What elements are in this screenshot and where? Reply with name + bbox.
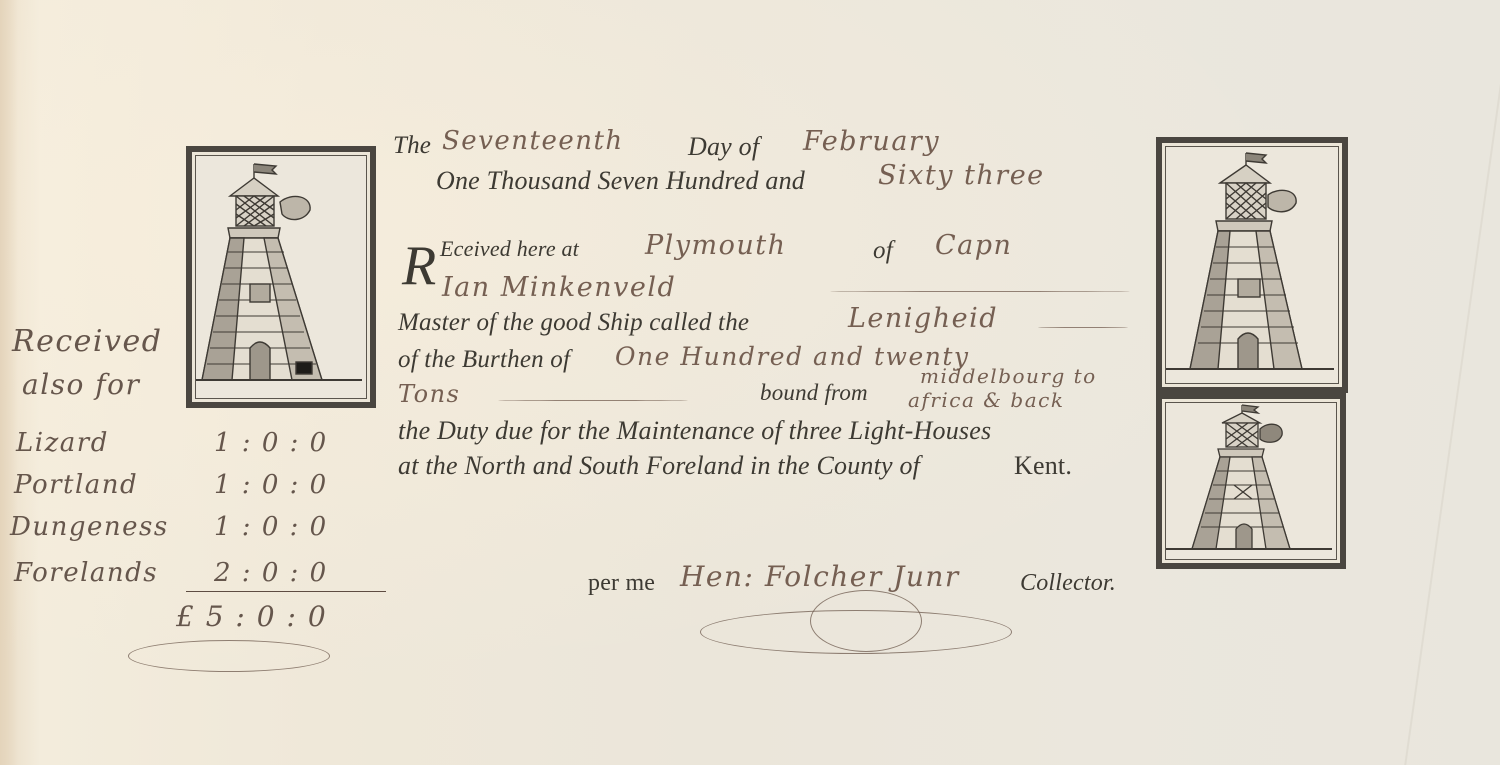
year-handwritten: Sixty three	[878, 160, 1045, 191]
ship-flourish	[1038, 327, 1128, 328]
sum-rule	[186, 591, 386, 592]
collector-role: Collector.	[1020, 570, 1116, 597]
burthen-amount-handwritten: One Hundred and twenty	[615, 342, 970, 371]
per-me-label: per me	[588, 570, 655, 597]
name-flourish	[830, 291, 1130, 292]
lighthouse-icon	[192, 152, 370, 402]
foreland-line: at the North and South Foreland in the C…	[398, 451, 920, 481]
lighthouse-woodcut-left	[186, 146, 376, 408]
margin-heading-2: also for	[22, 368, 140, 401]
signature-flourish-loop	[810, 590, 922, 652]
bound-from-label: bound from	[760, 380, 868, 406]
duty-line: the Duty due for the Maintenance of thre…	[398, 416, 991, 446]
master-printed: Master of the good Ship called the	[398, 309, 749, 337]
day-handwritten: Seventeenth	[442, 126, 624, 156]
torn-paper-edge	[0, 0, 18, 765]
margin-item-name: Lizard	[16, 428, 109, 458]
received-printed: Eceived here at	[440, 236, 579, 262]
margin-total: £ 5 : 0 : 0	[176, 600, 327, 633]
margin-heading-1: Received	[12, 324, 162, 359]
margin-item-amount: 1 : 0 : 0	[214, 512, 328, 542]
place-handwritten: Plymouth	[645, 230, 787, 261]
ship-name-handwritten: Lenigheid	[848, 303, 998, 334]
collector-signature: Hen: Folcher Junr	[680, 560, 960, 593]
year-printed: One Thousand Seven Hundred and	[436, 166, 805, 196]
route-line1-handwritten: middelbourg to	[920, 364, 1097, 388]
lighthouse-icon	[1162, 143, 1342, 387]
lighthouse-woodcut-right-bottom	[1156, 393, 1346, 569]
captain-title-handwritten: Capn	[935, 230, 1012, 261]
margin-item-amount: 1 : 0 : 0	[214, 428, 328, 458]
margin-item-name: Forelands	[14, 558, 158, 588]
drop-cap: R	[402, 238, 436, 294]
margin-item-amount: 2 : 0 : 0	[214, 558, 328, 588]
burthen-printed: of the Burthen of	[398, 346, 570, 374]
month-handwritten: February	[803, 126, 940, 157]
margin-item-name: Dungeness	[10, 512, 169, 542]
tons-flourish	[498, 400, 688, 401]
margin-item-name: Portland	[14, 470, 138, 500]
lighthouse-woodcut-right-top	[1156, 137, 1348, 393]
margin-item-amount: 1 : 0 : 0	[214, 470, 328, 500]
date-prefix: The	[393, 132, 431, 160]
day-of-label: Day of	[688, 132, 759, 162]
total-flourish	[128, 640, 330, 672]
route-line2-handwritten: africa & back	[908, 388, 1064, 412]
lighthouse-icon	[1162, 399, 1340, 563]
captain-name-handwritten: Ian Minkenveld	[442, 272, 676, 303]
tons-handwritten: Tons	[398, 380, 460, 408]
of-label: of	[873, 237, 893, 265]
county-kent: Kent.	[1014, 451, 1072, 481]
